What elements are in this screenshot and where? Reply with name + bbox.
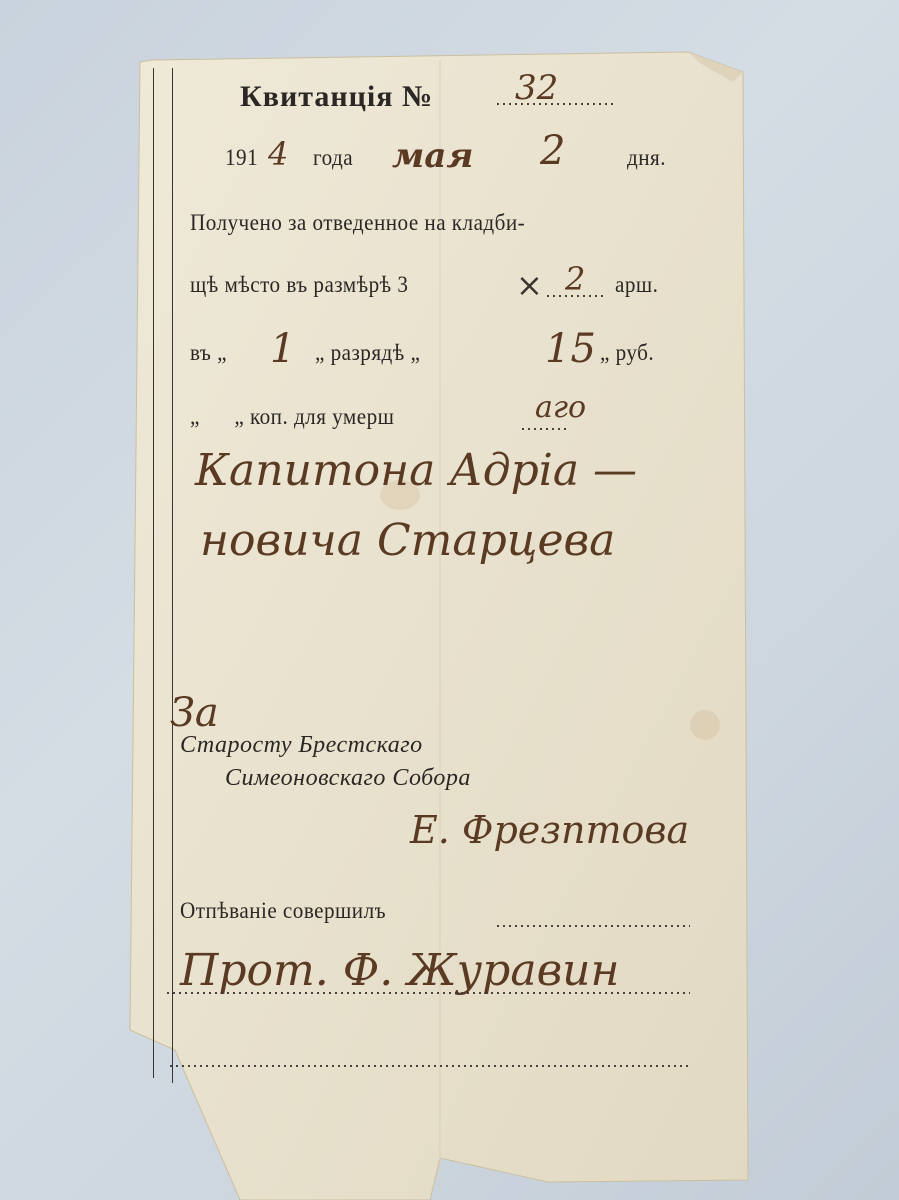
plot-size: 2 xyxy=(565,260,585,298)
paper-shape xyxy=(0,0,899,1200)
margin-rule-inner xyxy=(172,68,173,1083)
line3-suffix: „ руб. xyxy=(600,340,654,366)
receipt-paper: Квитанція № 32 191 4 года мая 2 дня. Пол… xyxy=(0,0,899,1200)
deceased-name-line1: Капитона Адріа — xyxy=(195,445,637,496)
warden-signature: Е. Фрезптова xyxy=(410,808,689,852)
category: 1 xyxy=(270,326,295,372)
year-word: года xyxy=(313,145,353,171)
unit-arshin: арш. xyxy=(615,272,658,298)
year-suffix: 4 xyxy=(268,135,288,173)
service-dotted-line-1 xyxy=(495,925,690,927)
deceased-name-line2: новича Старцева xyxy=(200,515,615,566)
line3-mid: „ разрядѣ „ xyxy=(315,340,420,366)
rubles: 15 xyxy=(545,326,596,372)
deceased-ending: аго xyxy=(535,390,586,425)
line4-prefix: „ „ коп. для умерш xyxy=(190,404,394,430)
line3-prefix: въ „ xyxy=(190,340,227,366)
signatory-title-line2: Симеоновскаго Собора xyxy=(225,765,471,792)
signatory-title-line1: Старосту Брестскаго xyxy=(180,732,423,759)
day: 2 xyxy=(540,128,565,174)
year-prefix: 191 xyxy=(225,145,258,171)
receipt-number: 32 xyxy=(515,68,558,108)
service-dotted-line-3 xyxy=(168,1065,688,1067)
body-line-1: Получено за отведенное на кладби- xyxy=(190,210,525,236)
signatory-prefix: За xyxy=(170,690,219,736)
service-dotted-line-2 xyxy=(165,992,690,994)
priest-signature: Прот. Ф. Журавин xyxy=(180,945,620,996)
margin-rule-outer xyxy=(153,68,154,1078)
body-line-2: щѣ мѣсто въ размѣрѣ 3 xyxy=(190,272,408,298)
ending-dotted-line xyxy=(520,428,570,430)
times-mark: × xyxy=(516,266,543,304)
stain xyxy=(690,710,720,740)
receipt-title: Квитанція № xyxy=(240,80,433,114)
service-label: Отпѣваніе совершилъ xyxy=(180,898,386,924)
day-word: дня. xyxy=(627,145,666,171)
month: мая xyxy=(392,136,473,176)
